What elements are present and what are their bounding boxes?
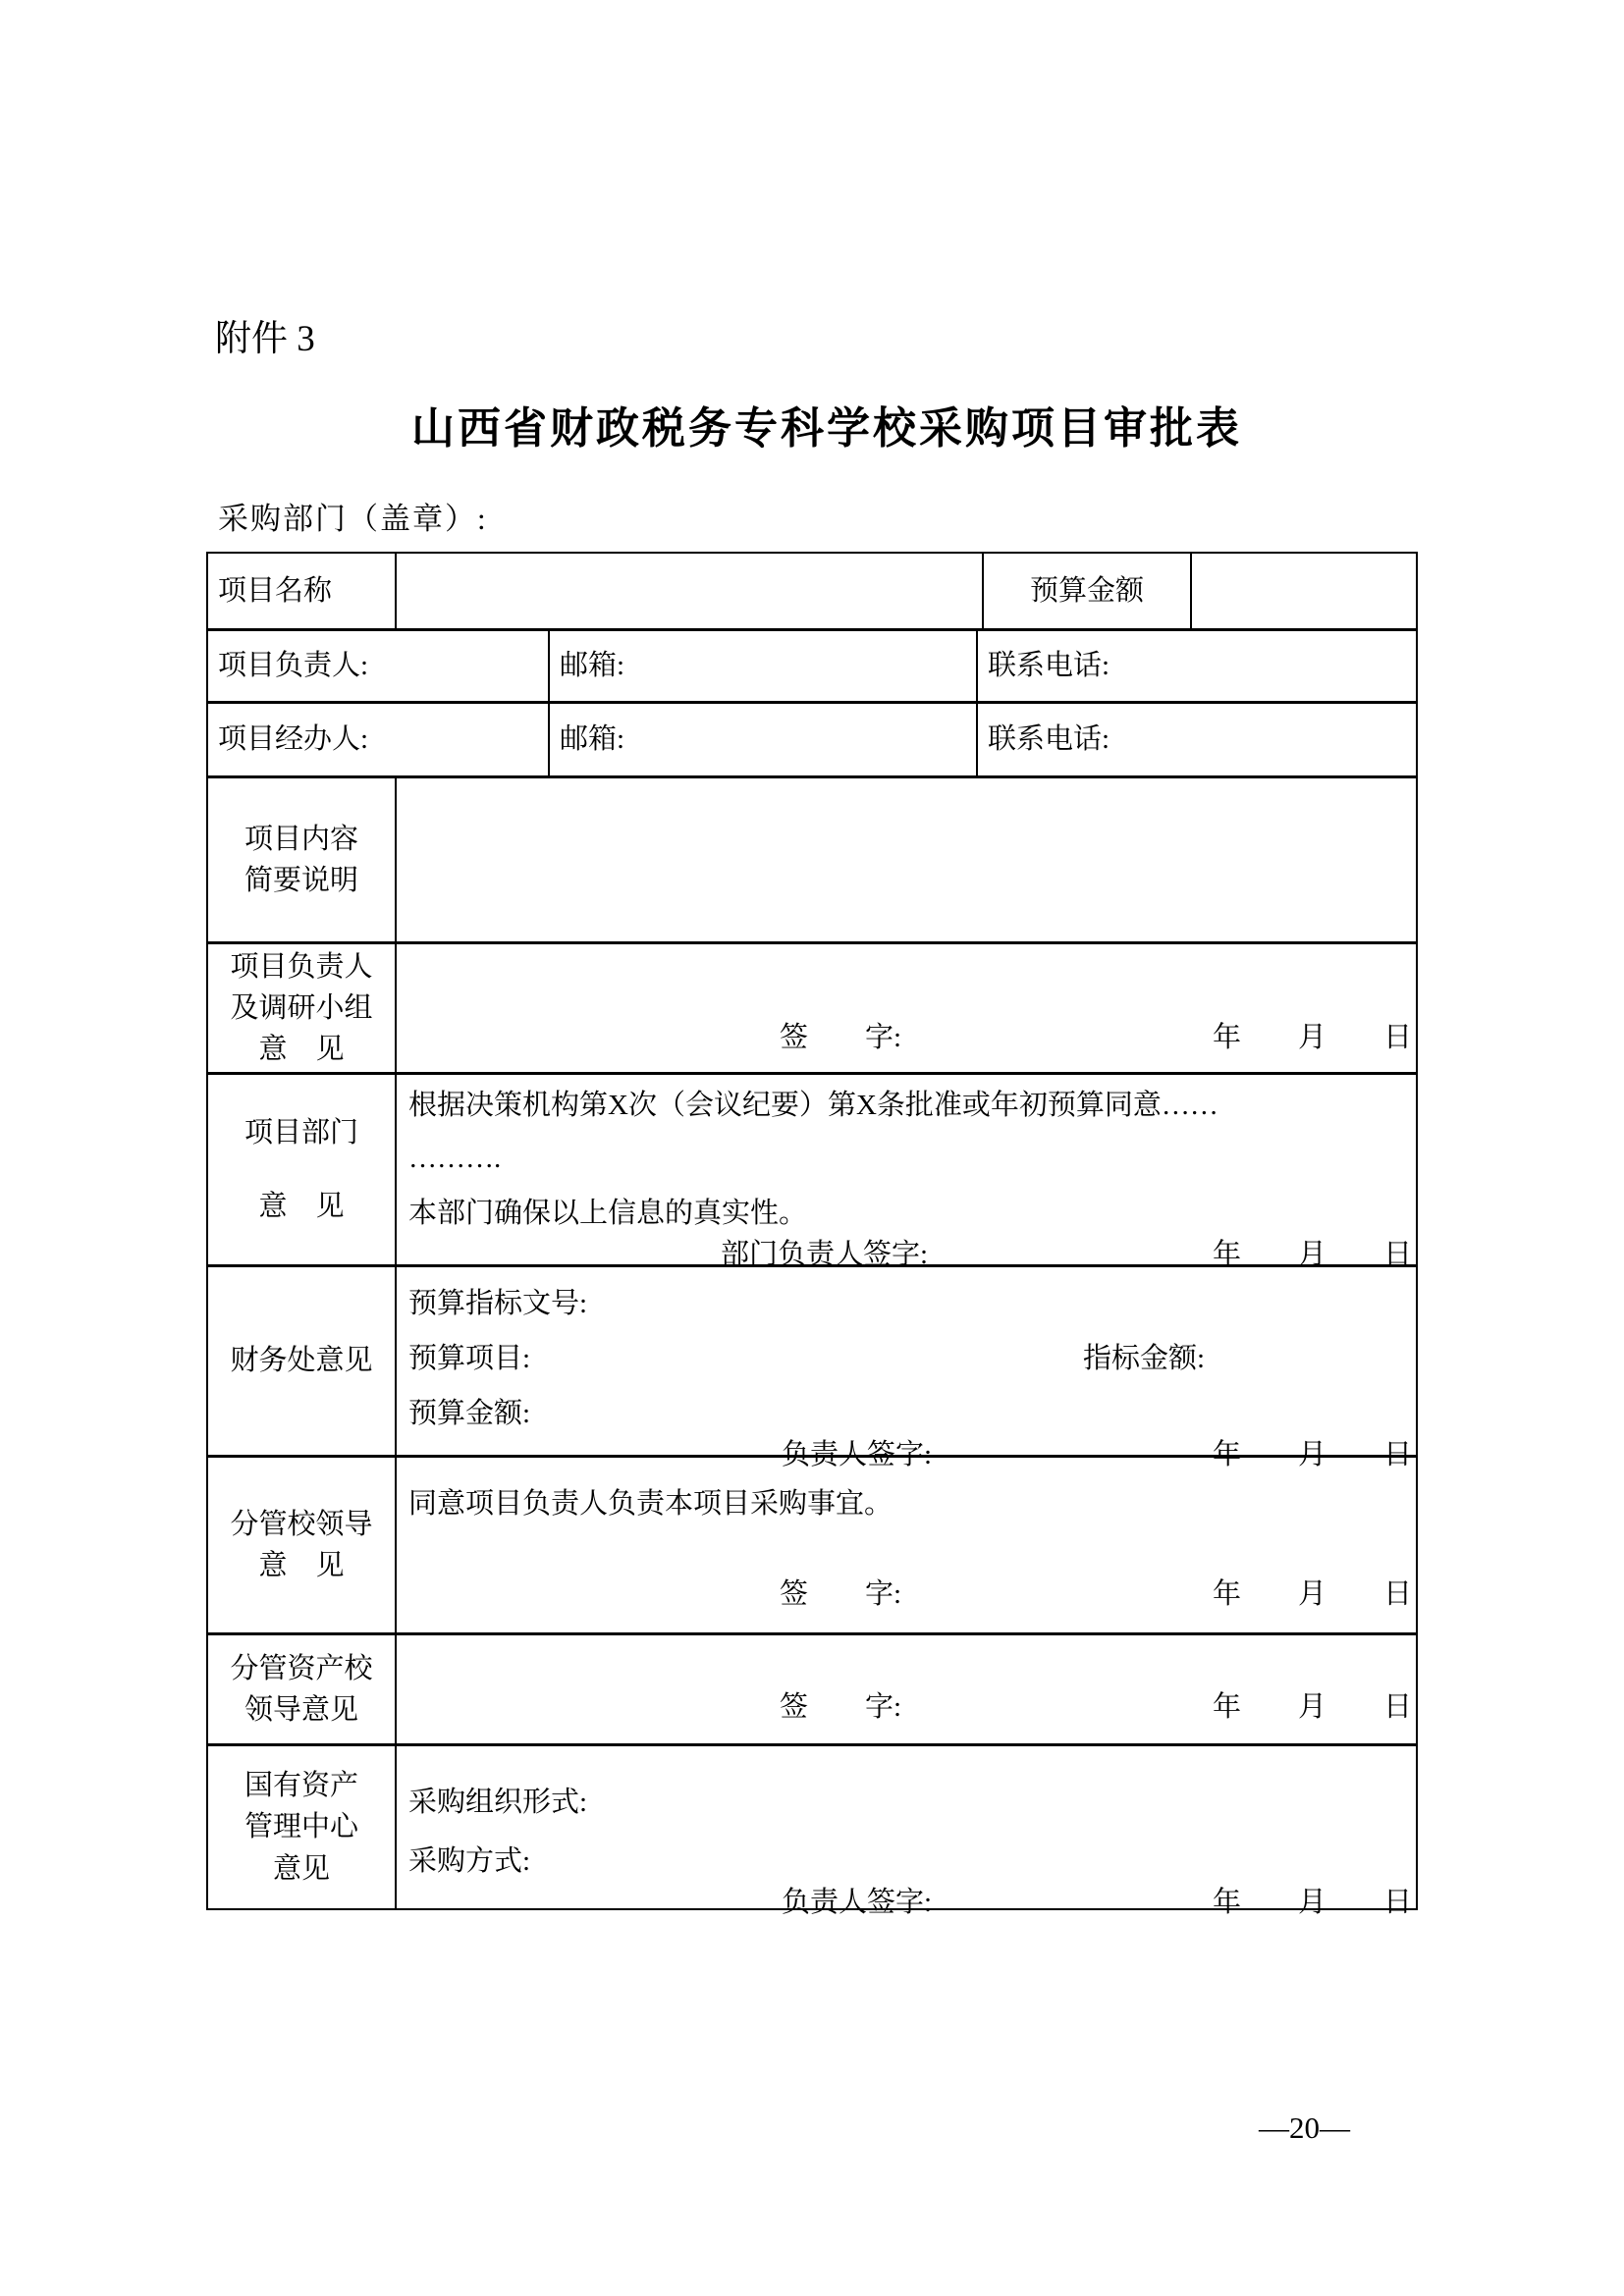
date-month-label: 月 (1298, 1882, 1326, 1923)
vp-opinion-text-line: 同意项目负责人负责本项目采购事宜。 (397, 1483, 1416, 1524)
signature-label: 负责人签字: (782, 1882, 932, 1923)
date-day-label: 日 (1383, 1882, 1412, 1923)
asset-center-opinion-content-cell: 采购组织形式: 采购方式: 负责人签字: 年 月 日 (395, 1746, 1416, 1908)
page-title: 山西省财政税务专科学校采购项目审批表 (206, 393, 1447, 455)
asset-vp-opinion-content-cell: 签 字: 年 月 日 (395, 1635, 1416, 1743)
approval-table: 项目名称 预算金额 项目负责人: 邮箱: 联系电话: 项目经办人: 邮箱: 联系… (206, 552, 1418, 1910)
project-leader-email-label: 邮箱: (548, 631, 976, 701)
budget-amount-line-label: 预算金额: (397, 1393, 1416, 1434)
project-summary-label: 项目内容 简要说明 (208, 778, 395, 941)
attachment-label: 附件 3 (215, 308, 315, 361)
project-handler-email-label: 邮箱: (548, 704, 976, 775)
signature-label: 签 字: (780, 1574, 901, 1615)
leader-opinion-label-line: 及调研小组 (230, 988, 372, 1029)
date-year-label: 年 (1213, 1686, 1241, 1728)
date-group: 年 月 日 (1213, 1686, 1412, 1728)
vp-opinion-label-line: 分管校领导 (230, 1504, 372, 1545)
procurement-org-form-label: 采购组织形式: (397, 1782, 1416, 1823)
dept-opinion-text-line1: 根据决策机构第X次（会议纪要）第X条批准或年初预算同意…… (397, 1085, 1416, 1126)
budget-index-number-label: 预算指标文号: (397, 1283, 1416, 1324)
asset-center-opinion-label-line: 管理中心 (244, 1806, 358, 1847)
project-summary-value-cell (395, 778, 1416, 941)
asset-center-opinion-label: 国有资产 管理中心 意见 (208, 1746, 395, 1908)
project-summary-row: 项目内容 简要说明 (208, 775, 1416, 941)
asset-vp-opinion-row: 分管资产校 领导意见 签 字: 年 月 日 (208, 1632, 1416, 1743)
dept-opinion-row: 项目部门 意 见 根据决策机构第X次（会议纪要）第X条批准或年初预算同意…… …… (208, 1072, 1416, 1264)
finance-opinion-row: 财务处意见 预算指标文号: 预算项目: 指标金额: 预算金额: 负责人签字: 年… (208, 1264, 1416, 1455)
date-year-label: 年 (1213, 1882, 1241, 1923)
date-month-label: 月 (1298, 1574, 1326, 1615)
date-year-label: 年 (1213, 1574, 1241, 1615)
asset-center-opinion-label-line: 意见 (273, 1848, 330, 1890)
finance-opinion-content-cell: 预算指标文号: 预算项目: 指标金额: 预算金额: 负责人签字: 年 月 日 (395, 1267, 1416, 1455)
project-leader-label: 项目负责人: (208, 631, 548, 701)
vp-opinion-row: 分管校领导 意 见 同意项目负责人负责本项目采购事宜。 签 字: 年 月 日 (208, 1455, 1416, 1632)
leader-opinion-row: 项目负责人 及调研小组 意 见 签 字: 年 月 日 (208, 941, 1416, 1072)
date-group: 年 月 日 (1213, 1574, 1412, 1615)
department-seal-line: 采购部门（盖章）: (218, 494, 488, 538)
leader-opinion-label-line: 项目负责人 (230, 946, 372, 988)
date-day-label: 日 (1383, 1017, 1412, 1058)
date-month-label: 月 (1298, 1686, 1326, 1728)
project-name-value-cell (395, 554, 982, 628)
budget-amount-label: 预算金额 (982, 554, 1190, 628)
vp-opinion-label: 分管校领导 意 见 (208, 1458, 395, 1632)
project-summary-label-line: 项目内容 (244, 819, 358, 860)
vp-opinion-label-line: 意 见 (258, 1545, 344, 1586)
date-year-label: 年 (1213, 1017, 1241, 1058)
dept-opinion-label-line: 项目部门 (244, 1112, 358, 1153)
signature-line: 签 字: 年 月 日 (397, 1017, 1416, 1058)
project-name-row: 项目名称 预算金额 (208, 554, 1416, 628)
asset-center-opinion-row: 国有资产 管理中心 意见 采购组织形式: 采购方式: 负责人签字: 年 月 日 (208, 1743, 1416, 1908)
project-handler-phone-label: 联系电话: (976, 704, 1416, 775)
dept-opinion-content-cell: 根据决策机构第X次（会议纪要）第X条批准或年初预算同意…… ………. 本部门确保… (395, 1075, 1416, 1264)
dept-opinion-text-line2: ………. (397, 1138, 1416, 1179)
document-page: 附件 3 山西省财政税务专科学校采购项目审批表 采购部门（盖章）: 项目名称 预… (0, 0, 1624, 2296)
budget-project-label: 预算项目: (408, 1338, 530, 1379)
date-month-label: 月 (1298, 1017, 1326, 1058)
signature-line: 签 字: 年 月 日 (397, 1574, 1416, 1615)
leader-opinion-label-line: 意 见 (258, 1029, 344, 1070)
signature-line: 负责人签字: 年 月 日 (397, 1882, 1416, 1923)
page-number: —20— (1259, 2110, 1350, 2146)
date-day-label: 日 (1383, 1686, 1412, 1728)
leader-opinion-label: 项目负责人 及调研小组 意 见 (208, 944, 395, 1072)
dept-opinion-label: 项目部门 意 见 (208, 1075, 395, 1264)
asset-center-opinion-label-line: 国有资产 (244, 1765, 358, 1806)
budget-amount-value-cell (1190, 554, 1416, 628)
date-day-label: 日 (1383, 1574, 1412, 1615)
project-handler-label: 项目经办人: (208, 704, 548, 775)
project-handler-row: 项目经办人: 邮箱: 联系电话: (208, 701, 1416, 775)
signature-label: 签 字: (780, 1017, 901, 1058)
project-name-label: 项目名称 (208, 554, 395, 628)
leader-opinion-content-cell: 签 字: 年 月 日 (395, 944, 1416, 1072)
project-summary-label-line: 简要说明 (244, 860, 358, 901)
dept-opinion-label-line: 意 见 (258, 1186, 344, 1227)
signature-line: 签 字: 年 月 日 (397, 1686, 1416, 1728)
index-amount-label: 指标金额: (1083, 1338, 1205, 1379)
date-group: 年 月 日 (1213, 1017, 1412, 1058)
asset-vp-opinion-label: 分管资产校 领导意见 (208, 1635, 395, 1743)
signature-label: 签 字: (780, 1686, 901, 1728)
asset-vp-opinion-label-line: 领导意见 (244, 1689, 358, 1731)
dept-opinion-text-line3: 本部门确保以上信息的真实性。 (397, 1193, 1416, 1234)
project-leader-phone-label: 联系电话: (976, 631, 1416, 701)
vp-opinion-content-cell: 同意项目负责人负责本项目采购事宜。 签 字: 年 月 日 (395, 1458, 1416, 1632)
procurement-method-label: 采购方式: (397, 1841, 1416, 1882)
asset-vp-opinion-label-line: 分管资产校 (230, 1648, 372, 1689)
budget-project-line: 预算项目: 指标金额: (397, 1338, 1416, 1379)
project-leader-row: 项目负责人: 邮箱: 联系电话: (208, 628, 1416, 701)
date-group: 年 月 日 (1213, 1882, 1412, 1923)
finance-opinion-label: 财务处意见 (208, 1267, 395, 1455)
